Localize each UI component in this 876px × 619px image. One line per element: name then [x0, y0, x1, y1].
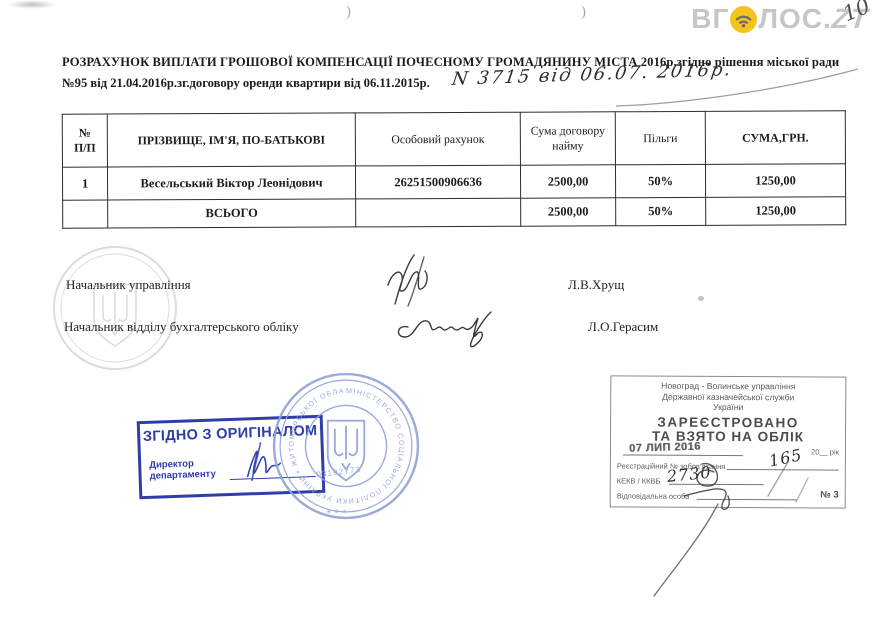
scan-smudge: [8, 0, 56, 9]
cell-total-label: ВСЬОГО: [108, 199, 356, 228]
seal-edrpou-number: 03192773: [316, 464, 362, 479]
treasury-org-line3: України: [611, 401, 845, 413]
round-official-seal: МІНІСТЕРСТВО СОЦІАЛЬНОЇ ПОЛІТИКИ УКРАЇНИ…: [270, 370, 422, 522]
cell-total-sum: 1250,00: [706, 197, 846, 226]
cell-rent-sum: 2500,00: [520, 165, 615, 198]
cell-total-rent: 2500,00: [521, 198, 616, 226]
pen-swoosh-stroke: [612, 62, 862, 110]
logo-text-mid: ЛОС.: [758, 4, 831, 34]
document-title-line2: №95 від 21.04.2016р.зг.договору оренди к…: [62, 76, 430, 91]
col-header-account: Особовий рахунок: [355, 112, 520, 166]
signature-khrushch: [378, 250, 440, 310]
scan-mark-paren-right: ): [581, 4, 586, 21]
signatory-name-2: Л.О.Герасим: [588, 319, 658, 335]
scanned-document-page: ) ) ВГ ЛОС. ZT 10 РОЗРАХУНОК ВИПЛАТИ ГРО…: [0, 0, 876, 619]
copy-stamp-role-line2: департаменту: [149, 469, 216, 482]
signature-herasym: [392, 303, 496, 353]
cell-account: 26251500906636: [355, 165, 520, 199]
col-header-rent-sum: Сума договору найму: [520, 112, 615, 165]
col-header-name: ПРІЗВИЩЕ, ІМ'Я, ПО-БАТЬКОВІ: [107, 113, 355, 167]
cell-empty: [63, 200, 108, 228]
col-header-sum: СУМА,ГРН.: [705, 111, 845, 165]
cell-name: Весельський Віктор Леонідович: [107, 166, 355, 200]
seal-divider-stars: ✳ ✳ ✳: [326, 508, 348, 516]
col-header-num: № П/П: [62, 114, 107, 167]
compensation-table: № П/П ПРІЗВИЩЕ, ІМ'Я, ПО-БАТЬКОВІ Особов…: [62, 110, 846, 228]
table-header-row: № П/П ПРІЗВИЩЕ, ІМ'Я, ПО-БАТЬКОВІ Особов…: [62, 111, 845, 167]
signature-responsible-person: [618, 438, 838, 613]
scan-mark-paren-left: ): [346, 4, 351, 21]
scan-dot-artifact: [698, 296, 704, 301]
cell-num: 1: [62, 167, 107, 200]
table-row: 1 Весельський Віктор Леонідович 26251500…: [62, 164, 845, 200]
signatory-title-1: Начальник управління: [66, 277, 191, 293]
cell-sum: 1250,00: [705, 164, 845, 198]
col-header-benefits: Пільги: [615, 111, 705, 164]
cell-empty: [356, 198, 521, 227]
logo-text-left: ВГ: [691, 4, 729, 34]
signatory-name-1: Л.В.Хрущ: [568, 277, 624, 293]
wifi-signal-icon: [730, 6, 757, 33]
faint-round-seal-icon: [50, 243, 180, 373]
cell-total-benefit: 50%: [616, 197, 706, 225]
signatory-title-2: Начальник відділу бухгалтерського обліку: [64, 319, 299, 335]
cell-benefit: 50%: [615, 164, 705, 197]
table-total-row: ВСЬОГО 2500,00 50% 1250,00: [63, 197, 846, 228]
